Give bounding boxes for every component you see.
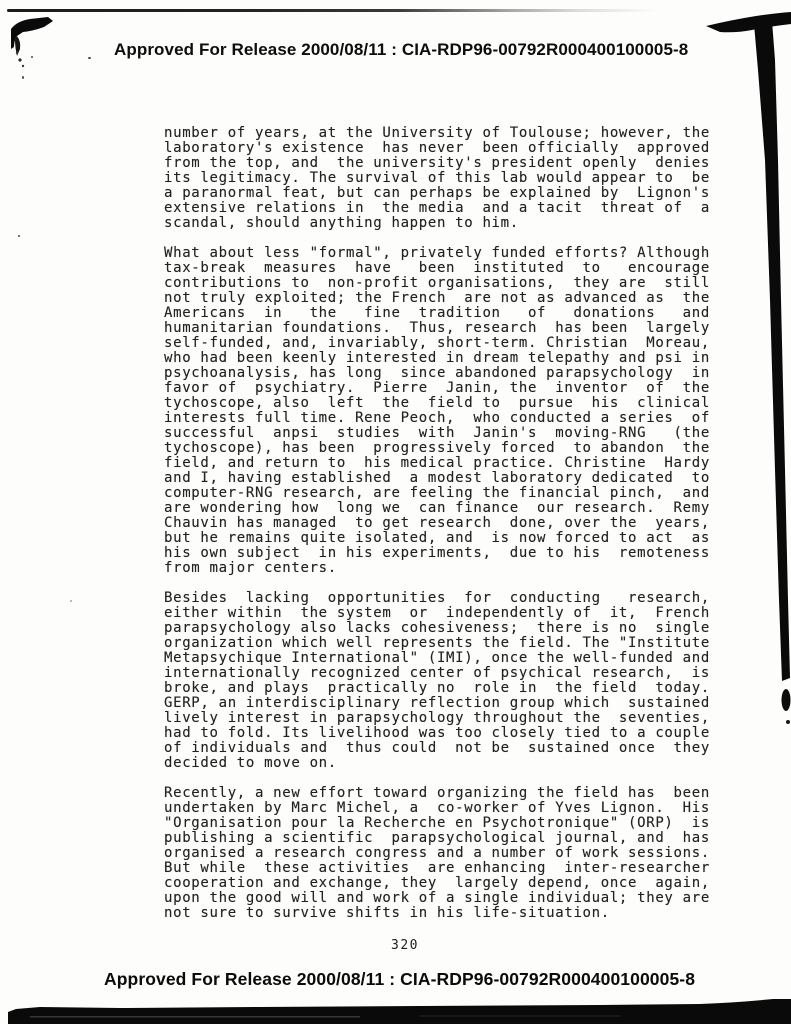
scan-speck: [88, 57, 91, 59]
declassification-footer: Approved For Release 2000/08/11 : CIA-RD…: [104, 969, 695, 990]
paragraph-4: Recently, a new effort toward organizing…: [164, 786, 720, 921]
page-number: 320: [375, 938, 435, 953]
document-body: number of years, at the University of To…: [164, 126, 720, 921]
paragraph-3: Besides lacking opportunities for conduc…: [164, 591, 720, 771]
ink-blot-top-left-icon: [8, 14, 58, 70]
scan-speck: [70, 600, 72, 602]
scan-bar-bottom: [0, 999, 791, 1024]
scan-speck: [18, 235, 20, 237]
scan-speck: [31, 56, 33, 58]
scanned-document-page: Approved For Release 2000/08/11 : CIA-RD…: [0, 0, 791, 1024]
scan-speck: [22, 76, 24, 79]
scan-edge-line-top: [7, 9, 657, 12]
paragraph-1: number of years, at the University of To…: [164, 126, 720, 231]
declassification-header: Approved For Release 2000/08/11 : CIA-RD…: [114, 40, 688, 60]
paragraph-2: What about less "formal", privately fund…: [164, 246, 720, 576]
